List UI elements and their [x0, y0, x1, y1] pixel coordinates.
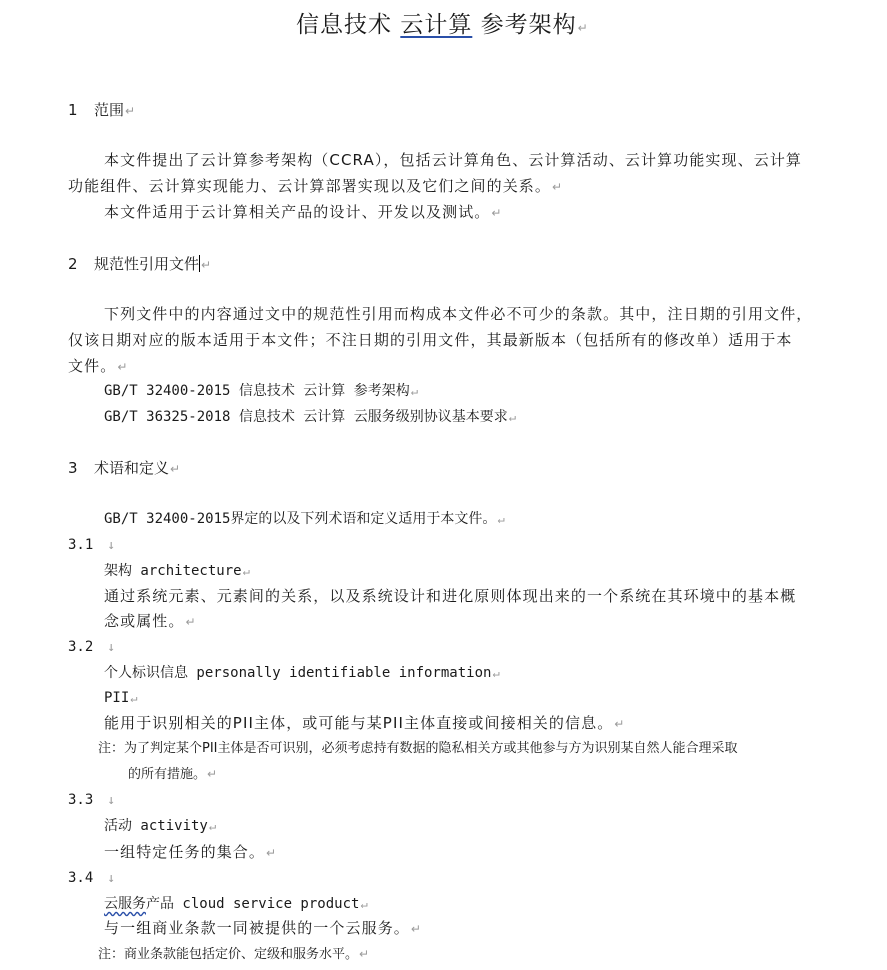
term-note: 注：为了判定某个PII主体是否可识别，必须考虑持有数据的隐私相关方或其他参与方为…	[98, 739, 738, 759]
section-title: 规范性引用文件	[94, 255, 199, 273]
section-number: 3	[68, 458, 94, 478]
paragraph-mark-icon: ↵	[614, 717, 625, 731]
paragraph-mark-icon: ↵	[492, 666, 499, 680]
definition-text: 能用于识别相关的PII主体，或可能与某PII主体直接或间接相关的信息。	[104, 714, 613, 732]
paragraph-mark-icon: ↵	[491, 206, 502, 220]
term-text: 活动 activity	[104, 818, 208, 834]
document-page[interactable]: 信息技术 云计算 参考架构↵ 1范围↵ 本文件提出了云计算参考架构（CCRA），…	[0, 0, 887, 970]
term-definition: 与一组商业条款一同被提供的一个云服务。↵	[104, 918, 422, 939]
term-number: 3.2↓	[68, 637, 115, 658]
term-number: 3.3↓	[68, 790, 115, 811]
term-name: 活动 activity↵	[104, 816, 216, 836]
term-definition: 念或属性。↵	[104, 611, 197, 632]
term-number-text: 3.3	[68, 792, 93, 808]
term-text: 产品 cloud service product	[146, 896, 359, 912]
section-1-heading: 1范围↵	[68, 100, 135, 121]
paragraph-mark-icon: ↵	[201, 258, 211, 272]
spellcheck-underlined-text[interactable]: 云服务	[104, 896, 146, 912]
paragraph-text: 本文件适用于云计算相关产品的设计、开发以及测试。	[104, 203, 490, 221]
section-title: 范围	[94, 101, 124, 119]
paragraph-line: 功能组件、云计算实现能力、云计算部署实现以及它们之间的关系。↵	[68, 176, 563, 197]
paragraph-text: 文件。	[68, 357, 116, 375]
paragraph-line: 仅该日期对应的版本适用于本文件；不注日期的引用文件，其最新版本（包括所有的修改单…	[68, 330, 793, 350]
paragraph-mark-icon: ↵	[509, 410, 516, 424]
paragraph-mark-icon: ↵	[207, 767, 217, 781]
title-part-3: 参考架构	[481, 12, 577, 38]
definition-text: 一组特定任务的集合。	[104, 843, 265, 861]
paragraph-text: 本文件提出了云计算参考架构（CCRA），包括云计算角色、云计算活动、云计算功能实…	[104, 151, 802, 169]
paragraph-mark-icon: ↵	[360, 897, 367, 911]
paragraph-mark-icon: ↵	[359, 947, 369, 961]
term-definition: 能用于识别相关的PII主体，或可能与某PII主体直接或间接相关的信息。↵	[104, 713, 625, 734]
abbreviation-text: PII	[104, 690, 129, 706]
line-break-icon: ↓	[107, 871, 115, 886]
paragraph-mark-icon: ↵	[125, 104, 135, 118]
reference-item: GB/T 36325-2018 信息技术 云计算 云服务级别协议基本要求↵	[104, 407, 516, 427]
paragraph-mark-icon: ↵	[266, 846, 277, 860]
reference-text: GB/T 32400-2015 信息技术 云计算 参考架构	[104, 383, 410, 399]
paragraph-line: 本文件提出了云计算参考架构（CCRA），包括云计算角色、云计算活动、云计算功能实…	[104, 150, 802, 170]
note-text: 的所有措施。	[128, 767, 206, 782]
reference-text: GB/T 36325-2018 信息技术 云计算 云服务级别协议基本要求	[104, 409, 508, 425]
reference-item: GB/T 32400-2015 信息技术 云计算 参考架构↵	[104, 381, 418, 401]
text-cursor	[199, 255, 200, 272]
term-definition: 通过系统元素、元素间的关系，以及系统设计和进化原则体现出来的一个系统在其环境中的…	[104, 586, 796, 606]
paragraph-mark-icon: ↵	[243, 564, 250, 578]
paragraph-mark-icon: ↵	[411, 922, 422, 936]
line-break-icon: ↓	[107, 538, 115, 553]
paragraph-mark-icon: ↵	[186, 615, 197, 629]
paragraph-text: GB/T 32400-2015界定的以及下列术语和定义适用于本文件。	[104, 511, 496, 527]
term-number: 3.1↓	[68, 535, 115, 556]
paragraph-mark-icon: ↵	[552, 180, 563, 194]
paragraph-mark-icon: ↵	[411, 384, 418, 398]
paragraph-mark-icon: ↵	[117, 360, 128, 374]
paragraph-line: 下列文件中的内容通过文中的规范性引用而构成本文件必不可少的条款。其中，注日期的引…	[104, 304, 812, 324]
term-number-text: 3.2	[68, 639, 93, 655]
note-text: 注：为了判定某个PII主体是否可识别，必须考虑持有数据的隐私相关方或其他参与方为…	[98, 741, 738, 756]
term-abbreviation: PII↵	[104, 688, 138, 708]
section-2-heading: 2规范性引用文件↵	[68, 254, 211, 275]
term-name: 架构 architecture↵	[104, 561, 250, 581]
term-number: 3.4↓	[68, 868, 115, 889]
section-number: 2	[68, 254, 94, 274]
term-number-text: 3.1	[68, 537, 93, 553]
line-break-icon: ↓	[107, 640, 115, 655]
document-title: 信息技术 云计算 参考架构↵	[296, 10, 589, 43]
term-name: 个人标识信息 personally identifiable informati…	[104, 663, 500, 683]
paragraph-mark-icon: ↵	[209, 819, 216, 833]
section-3-heading: 3术语和定义↵	[68, 458, 180, 479]
term-note: 注：商业条款能包括定价、定级和服务水平。↵	[98, 944, 369, 965]
term-definition: 一组特定任务的集合。↵	[104, 842, 277, 863]
paragraph-text: 下列文件中的内容通过文中的规范性引用而构成本文件必不可少的条款。其中，注日期的引…	[104, 305, 812, 323]
paragraph-mark-icon: ↵	[497, 512, 504, 526]
note-text: 注：商业条款能包括定价、定级和服务水平。	[98, 947, 358, 962]
section-number: 1	[68, 100, 94, 120]
definition-text: 通过系统元素、元素间的关系，以及系统设计和进化原则体现出来的一个系统在其环境中的…	[104, 587, 796, 605]
section-title: 术语和定义	[94, 459, 169, 477]
title-part-2: 云计算	[400, 12, 472, 38]
paragraph-text: 功能组件、云计算实现能力、云计算部署实现以及它们之间的关系。	[68, 177, 551, 195]
paragraph-mark-icon: ↵	[130, 691, 137, 705]
term-text: 个人标识信息 personally identifiable informati…	[104, 665, 491, 681]
term-note: 的所有措施。↵	[128, 764, 217, 785]
title-part-1: 信息技术	[296, 12, 392, 38]
section-intro: GB/T 32400-2015界定的以及下列术语和定义适用于本文件。↵	[104, 509, 505, 529]
definition-text: 与一组商业条款一同被提供的一个云服务。	[104, 919, 410, 937]
term-name: 云服务产品 cloud service product↵	[104, 894, 368, 914]
term-number-text: 3.4	[68, 870, 93, 886]
term-text: 架构 architecture	[104, 563, 242, 579]
line-break-icon: ↓	[107, 793, 115, 808]
paragraph-line: 文件。↵	[68, 356, 128, 377]
paragraph-text: 仅该日期对应的版本适用于本文件；不注日期的引用文件，其最新版本（包括所有的修改单…	[68, 331, 793, 349]
definition-text: 念或属性。	[104, 612, 185, 630]
paragraph-mark-icon: ↵	[578, 21, 589, 35]
paragraph-mark-icon: ↵	[170, 462, 180, 476]
paragraph-line: 本文件适用于云计算相关产品的设计、开发以及测试。↵	[104, 202, 503, 223]
